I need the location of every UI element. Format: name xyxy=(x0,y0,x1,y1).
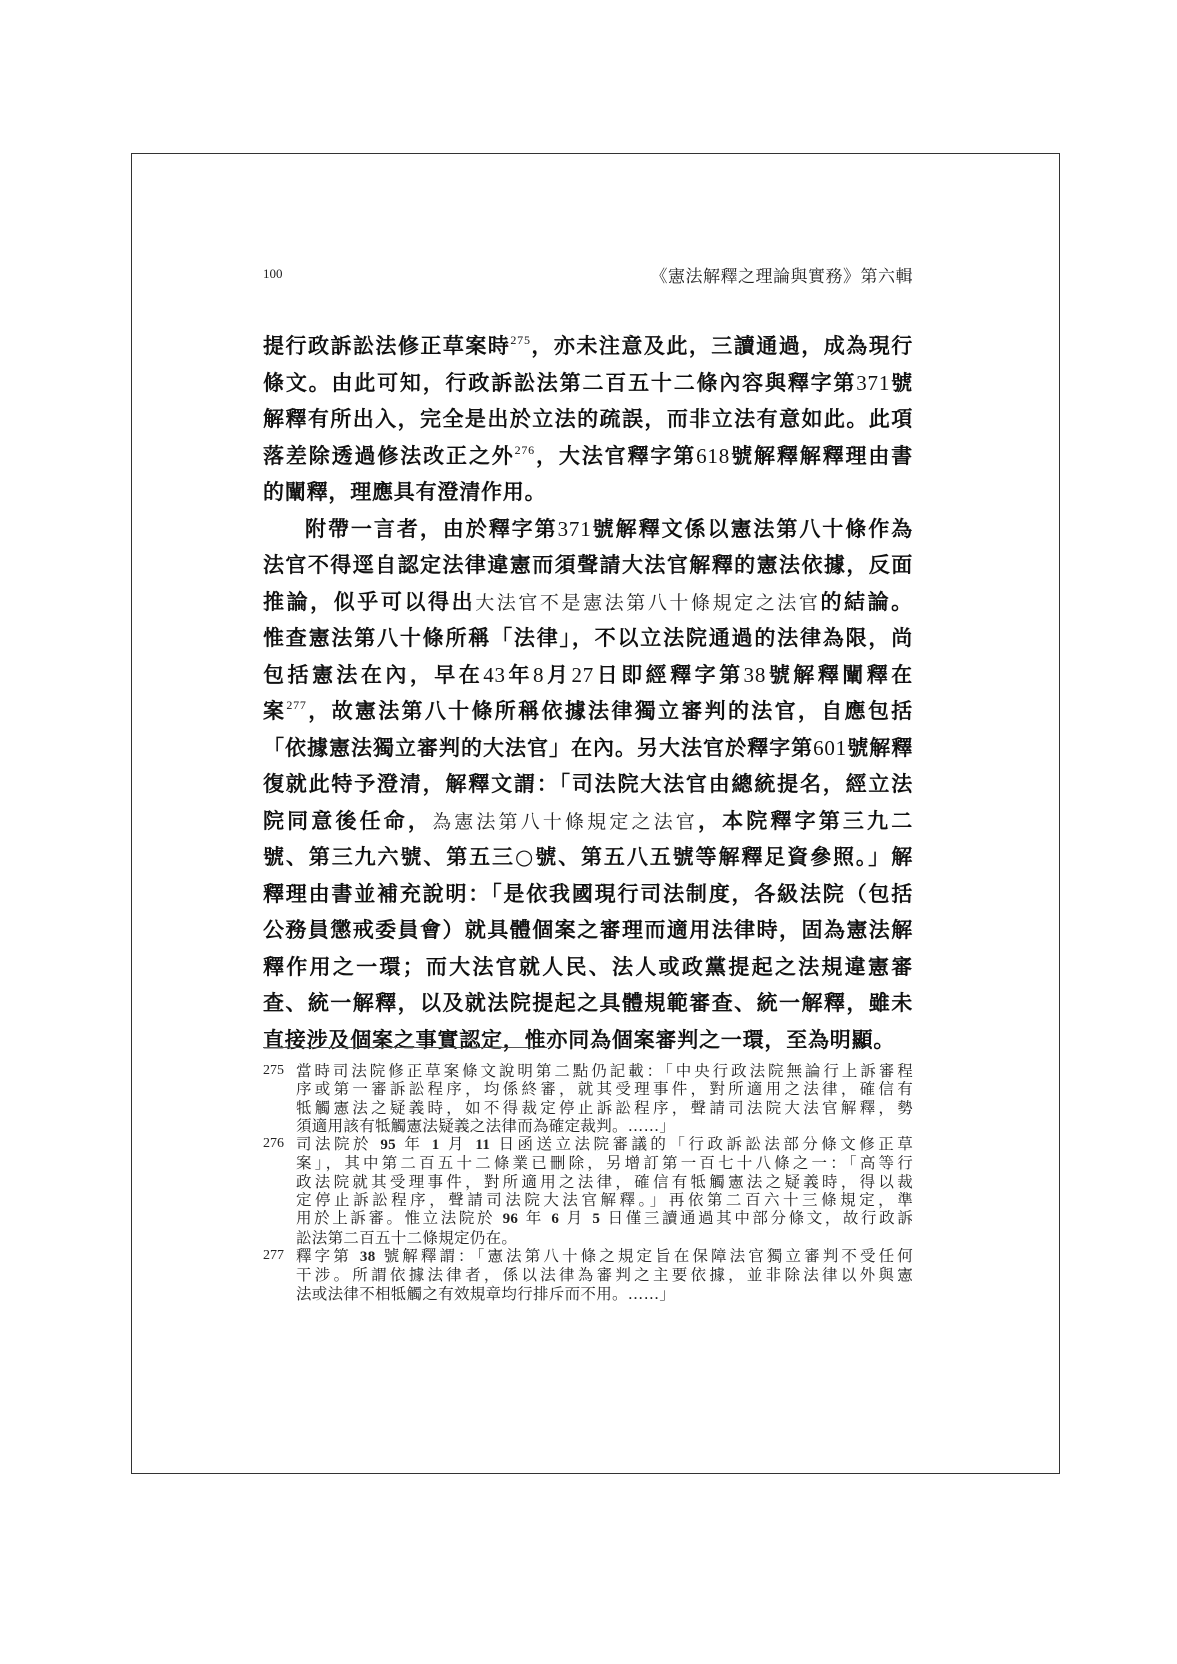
emphasized-quote: 大法官不是憲法第八十條規定之法官 xyxy=(475,592,820,614)
body-line: 復就此特予澄清，解釋文謂：「司法院大法官由總統提名，經立法 xyxy=(263,766,913,803)
numeral: 6 xyxy=(551,1211,559,1227)
text-run: 號解釋 xyxy=(847,736,913,760)
numeral: 27 xyxy=(571,663,594,687)
text-run: 號解釋闡釋在 xyxy=(766,663,913,687)
numeral: 43 xyxy=(483,663,506,687)
footnote-number: 275 xyxy=(263,1062,284,1080)
numeral: 38 xyxy=(744,663,767,687)
text-run: 用於上訴審。惟立法院於 xyxy=(296,1209,503,1227)
text-run: 政法院就其受理事件，對所適用之法律，確信有牴觸憲法之疑義時，得以裁 xyxy=(296,1173,913,1191)
body-line: 院同意後任命，為憲法第八十條規定之法官，本院釋字第三九二 xyxy=(263,803,913,840)
text-run: 的結論。 xyxy=(820,590,913,614)
text-run: 牴觸憲法之疑義時，如不得裁定停止訴訟程序，聲請司法院大法官解釋，勢 xyxy=(296,1099,913,1117)
text-run: 定停止訴訟程序，聲請司法院大法官解釋。」再依第二百六十三條規定，準 xyxy=(296,1191,913,1209)
text-run: 條文。由此可知，行政訴訟法第二百五十二條內容與釋字第 xyxy=(263,371,856,395)
body-line: 的闡釋，理應具有澄清作用。 xyxy=(263,474,913,511)
body-line: 條文。由此可知，行政訴訟法第二百五十二條內容與釋字第371號 xyxy=(263,365,913,402)
text-run: 釋字第 xyxy=(296,1247,360,1265)
text-run: 釋作用之一環；而大法官就人民、法人或政黨提起之法規違憲審 xyxy=(263,955,913,979)
footnote-line: 法或法律不相牴觸之有效規章均行排斥而不用。……」 xyxy=(296,1285,913,1303)
text-run: 釋理由書並補充說明：「是依我國現行司法制度，各級法院（包括 xyxy=(263,882,913,906)
text-run: 附帶一言者，由於釋字第 xyxy=(305,517,558,541)
body-line: 號、第三九六號、第五三○號、第五八五號等解釋足資參照。」解 xyxy=(263,839,913,876)
text-run: 號解釋解釋理由書 xyxy=(730,444,913,468)
body-line: 落差除透過修法改正之外276，大法官釋字第618號解釋解釋理由書 xyxy=(263,438,913,475)
footnote-line: 牴觸憲法之疑義時，如不得裁定停止訴訟程序，聲請司法院大法官解釋，勢 xyxy=(296,1099,913,1117)
main-body-text: 提行政訴訟法修正草案時275，亦未注意及此，三讀通過，成為現行條文。由此可知，行… xyxy=(263,328,913,1058)
text-run: 日即經釋字第 xyxy=(594,663,744,687)
text-run: 年 xyxy=(396,1135,432,1153)
text-run: 推論，似乎可以得出 xyxy=(263,590,475,614)
book-title: 《憲法解釋之理論與實務》第六輯 xyxy=(651,262,914,287)
numeral: 601 xyxy=(813,736,847,760)
numeral: 8 xyxy=(533,663,544,687)
numeral: 38 xyxy=(360,1249,376,1265)
text-run: 干涉。所謂依據法律者，係以法律為審判之主要依據，並非除法律以外與憲 xyxy=(296,1266,913,1284)
body-line: 包括憲法在內，早在43年8月27日即經釋字第38號解釋闡釋在 xyxy=(263,657,913,694)
footnote-277: 277釋字第 38 號解釋謂：「憲法第八十條之規定旨在保障法官獨立審判不受任何干… xyxy=(263,1247,913,1303)
text-run: 當時司法院修正草案條文說明第二點仍記載：「中央行政法院無論行上訴審程 xyxy=(296,1062,913,1080)
footnote-line: 序或第一審訴訟程序，均係終審，就其受理事件，對所適用之法律，確信有 xyxy=(296,1080,913,1098)
text-run: 查、統一解釋，以及就法院提起之具體規範審查、統一解釋，雖未 xyxy=(263,991,913,1015)
text-run: 訟法第二百五十二條規定仍在。 xyxy=(296,1229,517,1247)
body-line: 釋作用之一環；而大法官就人民、法人或政黨提起之法規違憲審 xyxy=(263,949,913,986)
text-run: 號 xyxy=(890,371,913,395)
body-line: 提行政訴訟法修正草案時275，亦未注意及此，三讀通過，成為現行 xyxy=(263,328,913,365)
text-run: ，亦未注意及此，三讀通過，成為現行 xyxy=(531,334,913,358)
text-run: 案 xyxy=(263,699,286,723)
text-run: 解釋有所出入，完全是出於立法的疏誤，而非立法有意如此。此項 xyxy=(263,407,913,431)
footnote-line: 須適用該有牴觸憲法疑義之法律而為確定裁判。……」 xyxy=(296,1117,913,1135)
text-run: 月 xyxy=(559,1209,592,1227)
footnote-line: 政法院就其受理事件，對所適用之法律，確信有牴觸憲法之疑義時，得以裁 xyxy=(296,1173,913,1191)
text-run: 提行政訴訟法修正草案時 xyxy=(263,334,510,358)
text-run: 月 xyxy=(440,1135,476,1153)
footnote-line: 定停止訴訟程序，聲請司法院大法官解釋。」再依第二百六十三條規定，準 xyxy=(296,1191,913,1209)
text-run: 包括憲法在內，早在 xyxy=(263,663,483,687)
body-line: 直接涉及個案之事實認定，惟亦同為個案審判之一環，至為明顯。 xyxy=(263,1022,913,1059)
body-line: 案277，故憲法第八十條所稱依據法律獨立審判的法官，自應包括 xyxy=(263,693,913,730)
numeral: 95 xyxy=(380,1137,396,1153)
running-header: 100 《憲法解釋之理論與實務》第六輯 xyxy=(263,262,913,286)
text-run: 「依據憲法獨立審判的大法官」在內。另大法官於釋字第 xyxy=(263,736,813,760)
body-line: 法官不得逕自認定法律違憲而須聲請大法官解釋的憲法依據，反面 xyxy=(263,547,913,584)
footnote-line: 干涉。所謂依據法律者，係以法律為審判之主要依據，並非除法律以外與憲 xyxy=(296,1266,913,1284)
text-run: 序或第一審訴訟程序，均係終審，就其受理事件，對所適用之法律，確信有 xyxy=(296,1080,913,1098)
body-line: 公務員懲戒委員會）就具體個案之審理而適用法律時，固為憲法解 xyxy=(263,912,913,949)
body-line: 釋理由書並補充說明：「是依我國現行司法制度，各級法院（包括 xyxy=(263,876,913,913)
footnote-line: 釋字第 38 號解釋謂：「憲法第八十條之規定旨在保障法官獨立審判不受任何 xyxy=(296,1247,913,1266)
numeral: 96 xyxy=(503,1211,519,1227)
body-line: 推論，似乎可以得出大法官不是憲法第八十條規定之法官的結論。 xyxy=(263,584,913,621)
text-run: ，故憲法第八十條所稱依據法律獨立審判的法官，自應包括 xyxy=(307,699,913,723)
body-line: 「依據憲法獨立審判的大法官」在內。另大法官於釋字第601號解釋 xyxy=(263,730,913,767)
footnote-number: 277 xyxy=(263,1247,284,1265)
numeral: 11 xyxy=(475,1137,490,1153)
text-run: 須適用該有牴觸憲法疑義之法律而為確定裁判。……」 xyxy=(296,1117,675,1135)
numeral: 1 xyxy=(432,1137,440,1153)
emphasized-quote: 為憲法第八十條規定之法官 xyxy=(432,811,698,833)
text-run: 司法院於 xyxy=(296,1135,380,1153)
footnote-reference: 277 xyxy=(286,698,306,712)
footnote-line: 用於上訴審。惟立法院於 96 年 6 月 5 日僅三讀通過其中部分條文，故行政訴 xyxy=(296,1209,913,1228)
text-run: ，本院釋字第三九二 xyxy=(698,809,913,833)
text-run: 日函送立法院審議的「行政訴訟法部分條文修正草 xyxy=(490,1135,913,1153)
page-number: 100 xyxy=(263,266,283,282)
body-line: 惟查憲法第八十條所稱「法律」，不以立法院通過的法律為限，尚 xyxy=(263,620,913,657)
text-run: 案」，其中第二百五十二條業已刪除，另增訂第一百七十八條之一：「高等行 xyxy=(296,1154,913,1172)
text-run: 年 xyxy=(518,1209,551,1227)
text-run: 院同意後任命， xyxy=(263,809,432,833)
footnote-line: 案」，其中第二百五十二條業已刪除，另增訂第一百七十八條之一：「高等行 xyxy=(296,1154,913,1172)
footnote-divider xyxy=(263,1047,547,1048)
body-line: 解釋有所出入，完全是出於立法的疏誤，而非立法有意如此。此項 xyxy=(263,401,913,438)
text-run: 號解釋文係以憲法第八十條作為 xyxy=(592,517,913,541)
footnote-line: 訟法第二百五十二條規定仍在。 xyxy=(296,1229,913,1247)
numeral: 371 xyxy=(856,371,890,395)
footnote-number: 276 xyxy=(263,1135,284,1153)
text-run: 法官不得逕自認定法律違憲而須聲請大法官解釋的憲法依據，反面 xyxy=(263,553,913,577)
numeral: 618 xyxy=(696,444,730,468)
text-run: 月 xyxy=(544,663,571,687)
text-run: 的闡釋，理應具有澄清作用。 xyxy=(263,480,546,504)
footnote-reference: 276 xyxy=(515,443,535,457)
text-run: 落差除透過修法改正之外 xyxy=(263,444,515,468)
footnote-line: 當時司法院修正草案條文說明第二點仍記載：「中央行政法院無論行上訴審程 xyxy=(296,1062,913,1080)
footnotes-section: 275當時司法院修正草案條文說明第二點仍記載：「中央行政法院無論行上訴審程序或第… xyxy=(263,1062,913,1303)
footnote-line: 司法院於 95 年 1 月 11 日函送立法院審議的「行政訴訟法部分條文修正草 xyxy=(296,1135,913,1154)
text-run: ，大法官釋字第 xyxy=(535,444,696,468)
text-run: 法或法律不相牴觸之有效規章均行排斥而不用。……」 xyxy=(296,1285,675,1303)
text-run: 年 xyxy=(506,663,533,687)
footnote-276: 276司法院於 95 年 1 月 11 日函送立法院審議的「行政訴訟法部分條文修… xyxy=(263,1135,913,1247)
numeral: 371 xyxy=(558,517,592,541)
text-run: 日僅三讀通過其中部分條文，故行政訴 xyxy=(600,1209,913,1227)
footnote-275: 275當時司法院修正草案條文說明第二點仍記載：「中央行政法院無論行上訴審程序或第… xyxy=(263,1062,913,1135)
body-line: 附帶一言者，由於釋字第371號解釋文係以憲法第八十條作為 xyxy=(263,511,913,548)
text-run: 惟查憲法第八十條所稱「法律」，不以立法院通過的法律為限，尚 xyxy=(263,626,913,650)
text-run: 公務員懲戒委員會）就具體個案之審理而適用法律時，固為憲法解 xyxy=(263,918,913,942)
text-run: 號解釋謂：「憲法第八十條之規定旨在保障法官獨立審判不受任何 xyxy=(376,1247,913,1265)
footnote-reference: 275 xyxy=(510,333,530,347)
body-line: 查、統一解釋，以及就法院提起之具體規範審查、統一解釋，雖未 xyxy=(263,985,913,1022)
text-run: 號、第三九六號、第五三○號、第五八五號等解釋足資參照。」解 xyxy=(263,845,913,869)
numeral: 5 xyxy=(592,1211,600,1227)
text-run: 復就此特予澄清，解釋文謂：「司法院大法官由總統提名，經立法 xyxy=(263,772,913,796)
